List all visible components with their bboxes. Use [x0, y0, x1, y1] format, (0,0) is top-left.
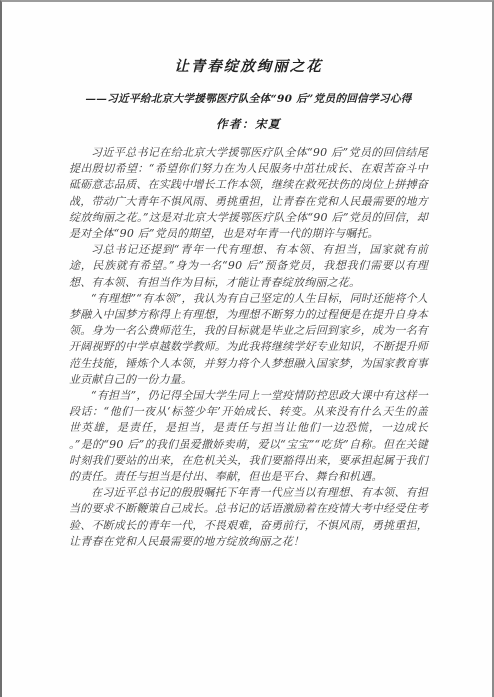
paragraph-1: 习近平总书记在给北京大学援鄂医疗队全体“90 后”党员的回信结尾提出殷切希望：“…: [69, 145, 428, 242]
document-subtitle: ——习近平给北京大学援鄂医疗队全体“90 后”党员的回信学习心得: [69, 91, 428, 106]
paragraph-4: “有担当”，仍记得全国大学生同上一堂疫情防控思政大课中有这样一段话：“他们一夜从…: [69, 388, 428, 485]
document-page: 让青春绽放绚丽之花 ——习近平给北京大学援鄂医疗队全体“90 后”党员的回信学习…: [0, 0, 494, 697]
paragraph-3: “有理想”“有本领”，我认为有自己坚定的人生目标，同时还能将个人梦融入中国梦方称…: [69, 291, 428, 388]
paragraph-5: 在习近平总书记的殷殷嘱托下年青一代应当以有理想、有本领、有担当的要求不断鞭策自己…: [69, 485, 428, 550]
document-title: 让青春绽放绚丽之花: [69, 55, 428, 76]
author-line: 作者：宋夏: [69, 116, 428, 132]
document-body: 习近平总书记在给北京大学援鄂医疗队全体“90 后”党员的回信结尾提出殷切希望：“…: [69, 145, 428, 550]
paragraph-2: 习总书记还提到“青年一代有理想、有本领、有担当，国家就有前途，民族就有希望。”身…: [69, 242, 428, 291]
